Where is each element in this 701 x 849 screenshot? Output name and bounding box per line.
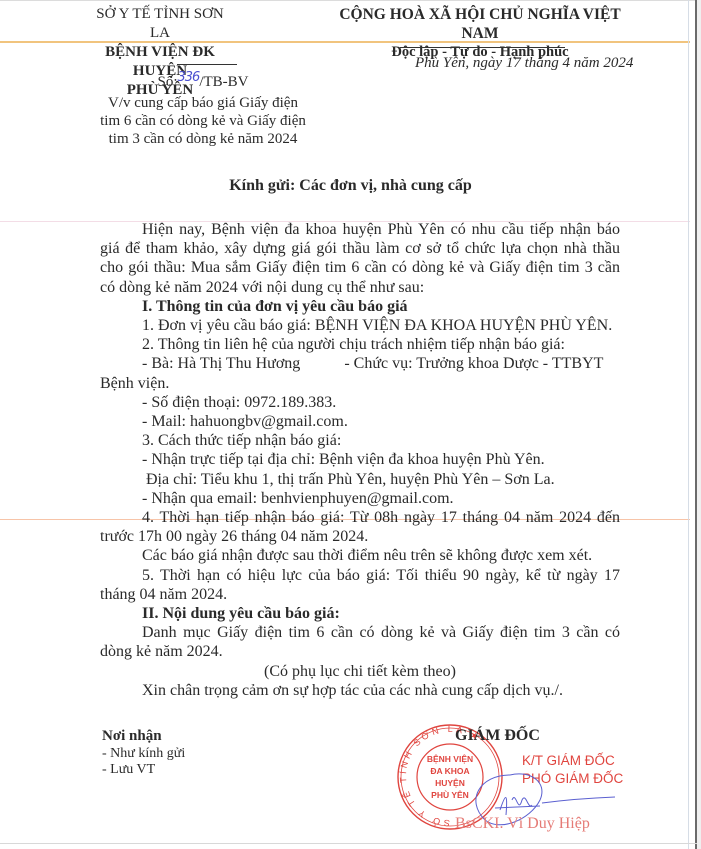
header-right-rule xyxy=(400,47,565,48)
subject-line: V/v cung cấp báo giá Giấy điện xyxy=(88,94,318,112)
national-heading: CỘNG HOÀ XÃ HỘI CHỦ NGHĨA VIỆT NAM Độc l… xyxy=(320,5,640,62)
page-bottom-edge xyxy=(0,843,697,844)
list-item: trước 17h 00 ngày 26 tháng 04 năm 2024. xyxy=(100,527,620,546)
subject-line: tim 6 cần có dòng kẻ và Giấy điện xyxy=(88,112,318,130)
delegation-line: K/T GIÁM ĐỐC xyxy=(522,752,623,770)
contact-name: - Bà: Hà Thị Thu Hương xyxy=(142,355,300,372)
body-paragraph: giá để tham khảo, xây dựng giá gói thầu … xyxy=(100,239,620,258)
stamp-center-line: BỆNH VIỆN xyxy=(427,753,473,764)
number-prefix: Số: xyxy=(157,74,177,90)
list-item: 4. Thời hạn tiếp nhận báo giá: Từ 08h ng… xyxy=(100,508,620,527)
signer-title: GIÁM ĐỐC xyxy=(455,727,540,745)
submission-email: - Nhận qua email: benhvienphuyen@gmail.c… xyxy=(100,489,620,508)
body-paragraph: có dòng kẻ năm 2024 với nội dung cụ thể … xyxy=(100,278,620,297)
contact-mail: - Mail: hahuongbv@gmail.com. xyxy=(100,412,620,431)
section-heading: II. Nội dung yêu cầu báo giá: xyxy=(100,604,620,623)
late-note: Các báo giá nhận được sau thời điểm nêu … xyxy=(100,546,620,565)
list-item: 5. Thời hạn có hiệu lực của báo giá: Tối… xyxy=(100,566,620,585)
appendix-note: (Có phụ lục chi tiết kèm theo) xyxy=(100,662,620,681)
contact-position: - Chức vụ: Trưởng khoa Dược - TTBYT xyxy=(344,355,603,372)
list-item: Bệnh viện. xyxy=(100,374,620,393)
handwritten-number: 336 xyxy=(178,70,200,85)
viewer-gutter xyxy=(697,0,701,849)
body-paragraph: dòng kẻ năm 2024. xyxy=(100,642,620,661)
recipients-block: Nơi nhận - Như kính gửi - Lưu VT xyxy=(102,727,185,778)
place-date: Phù Yên, ngày 17 tháng 4 năm 2024 xyxy=(415,55,633,72)
stamp-center-line: PHÙ YÊN xyxy=(431,789,469,800)
subject-block: V/v cung cấp báo giá Giấy điện tim 6 cần… xyxy=(88,94,318,148)
recipients-title: Nơi nhận xyxy=(102,727,185,746)
number-suffix: /TB-BV xyxy=(199,74,248,90)
contact-row: - Bà: Hà Thị Thu Hương- Chức vụ: Trưởng … xyxy=(100,354,620,373)
agency-name: SỞ Y TẾ TỈNH SƠN LA xyxy=(90,5,230,43)
body-paragraph: Hiện nay, Bệnh viện đa khoa huyện Phù Yê… xyxy=(100,220,620,239)
page-margin-line xyxy=(688,0,689,849)
header-left-rule xyxy=(177,64,237,65)
section-heading: I. Thông tin của đơn vị yêu cầu báo giá xyxy=(100,297,620,316)
address: Địa chỉ: Tiểu khu 1, thị trấn Phù Yên, h… xyxy=(100,470,620,489)
list-item: 3. Cách thức tiếp nhận báo giá: xyxy=(100,431,620,450)
closing-thanks: Xin chân trọng cảm ơn sự hợp tác của các… xyxy=(100,681,620,700)
recipient-item: - Như kính gửi xyxy=(102,746,185,762)
recipient-line: Kính gửi: Các đơn vị, nhà cung cấp xyxy=(0,177,701,195)
subject-line: tim 3 cần có dòng kẻ năm 2024 xyxy=(88,130,318,148)
list-item: tháng 04 năm 2024. xyxy=(100,585,620,604)
document-number: Số:336/TB-BV xyxy=(90,74,316,91)
nation-name: CỘNG HOÀ XÃ HỘI CHỦ NGHĨA VIỆT NAM xyxy=(320,5,640,43)
body-paragraph: cho gói thầu: Mua sắm Giấy điện tim 6 cầ… xyxy=(100,258,620,277)
stamp-center-line: ĐA KHOA xyxy=(430,766,469,776)
stamp-center-line: HUYỆN xyxy=(435,777,465,788)
list-item: 1. Đơn vị yêu cầu báo giá: BỆNH VIỆN ĐA … xyxy=(100,316,620,335)
list-item: 2. Thông tin liên hệ của người chịu trác… xyxy=(100,335,620,354)
body-paragraph: Danh mục Giấy điện tim 6 cần có dòng kẻ … xyxy=(100,623,620,642)
list-item: - Nhận trực tiếp tại địa chỉ: Bệnh viện … xyxy=(100,450,620,469)
contact-phone: - Số điện thoại: 0972.189.383. xyxy=(100,393,620,412)
signer-name: BsCKI. Vì Duy Hiệp xyxy=(455,815,590,833)
document-body: Hiện nay, Bệnh viện đa khoa huyện Phù Yê… xyxy=(100,220,620,700)
page-top-edge xyxy=(0,0,701,1)
recipient-item: - Lưu VT xyxy=(102,762,185,778)
